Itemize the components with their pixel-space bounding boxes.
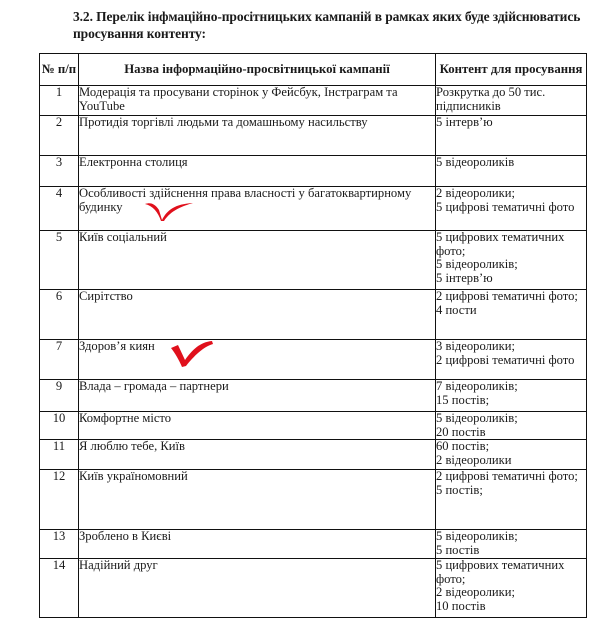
content-item: 20 постів: [436, 426, 586, 440]
table-row: 6Сирітство2 цифрові тематичні фото;4 пос…: [40, 290, 587, 340]
campaigns-table: № п/п Назва інформаційно-просвітницької …: [39, 53, 587, 618]
table-row: 3Електронна столиця5 відеороликів: [40, 156, 587, 187]
campaign-content: 2 цифрові тематичні фото;5 постів;: [436, 470, 587, 530]
row-number: 14: [40, 559, 79, 618]
campaign-name: Сирітство: [79, 290, 436, 340]
content-item: 4 пости: [436, 304, 586, 318]
content-item: 2 відеоролики: [436, 454, 586, 468]
content-item: 2 відеоролики;: [436, 187, 586, 201]
content-item: 5 цифрові тематичні фото: [436, 201, 586, 215]
campaign-content: 5 відеороликів;5 постів: [436, 530, 587, 559]
campaign-name: Модерація та просувани сторінок у Фейсбу…: [79, 86, 436, 116]
campaign-name: Влада – громада – партнери: [79, 380, 436, 412]
campaign-content: 7 відеороликів;15 постів;: [436, 380, 587, 412]
content-item: Розкрутка до 50 тис. підписників: [436, 86, 586, 113]
row-number: 9: [40, 380, 79, 412]
content-item: 5 відеороликів;: [436, 258, 586, 272]
content-item: 10 постів: [436, 600, 586, 614]
content-item: 7 відеороликів;: [436, 380, 586, 394]
table-row: 2Протидія торгівлі людьми та домашньому …: [40, 116, 587, 156]
campaign-name: Зроблено в Києві: [79, 530, 436, 559]
row-number: 3: [40, 156, 79, 187]
content-item: 5 відеороликів;: [436, 530, 586, 544]
campaign-name: Комфортне місто: [79, 412, 436, 440]
row-number: 11: [40, 440, 79, 470]
section-heading: 3.2. Перелік інфмаційно-просітницьких ка…: [73, 8, 603, 42]
table-row: 11Я люблю тебе, Київ60 постів;2 відеорол…: [40, 440, 587, 470]
campaign-content: 5 цифрових тематичних фото;2 відеоролики…: [436, 559, 587, 618]
content-item: 2 цифрові тематичні фото;: [436, 290, 586, 304]
campaign-name: Я люблю тебе, Київ: [79, 440, 436, 470]
content-item: 60 постів;: [436, 440, 586, 454]
row-number: 4: [40, 187, 79, 231]
table-row: 13Зроблено в Києві5 відеороликів;5 пості…: [40, 530, 587, 559]
table-row: 9Влада – громада – партнери7 відеороликі…: [40, 380, 587, 412]
row-number: 12: [40, 470, 79, 530]
campaign-name: Особливості здійснення права власності у…: [79, 187, 436, 231]
campaign-name: Київ соціальний: [79, 231, 436, 290]
campaign-name: Електронна столиця: [79, 156, 436, 187]
content-item: 5 відеороликів;: [436, 412, 586, 426]
campaign-content: 2 відеоролики;5 цифрові тематичні фото: [436, 187, 587, 231]
campaign-content: 3 відеоролики;2 цифрові тематичні фото: [436, 340, 587, 380]
content-item: 5 інтерв’ю: [436, 116, 586, 130]
content-item: 2 відеоролики;: [436, 586, 586, 600]
campaign-name: Здоров’я киян: [79, 340, 436, 380]
row-number: 7: [40, 340, 79, 380]
header-number: № п/п: [40, 54, 79, 86]
content-item: 2 цифрові тематичні фото: [436, 354, 586, 368]
campaign-content: 5 відеороликів;20 постів: [436, 412, 587, 440]
campaign-name: Київ україномовний: [79, 470, 436, 530]
table-row: 12Київ україномовний2 цифрові тематичні …: [40, 470, 587, 530]
row-number: 2: [40, 116, 79, 156]
campaign-content: Розкрутка до 50 тис. підписників: [436, 86, 587, 116]
content-item: 5 постів;: [436, 484, 586, 498]
campaign-content: 60 постів;2 відеоролики: [436, 440, 587, 470]
campaign-content: 2 цифрові тематичні фото;4 пости: [436, 290, 587, 340]
campaign-content: 5 цифрових тематичних фото;5 відеороликі…: [436, 231, 587, 290]
header-campaign-name: Назва інформаційно-просвітницької кампан…: [79, 54, 436, 86]
content-item: 5 постів: [436, 544, 586, 558]
table-row: 14Надійний друг5 цифрових тематичних фот…: [40, 559, 587, 618]
content-item: 5 цифрових тематичних фото;: [436, 231, 586, 258]
campaign-content: 5 відеороликів: [436, 156, 587, 187]
row-number: 5: [40, 231, 79, 290]
table-header-row: № п/п Назва інформаційно-просвітницької …: [40, 54, 587, 86]
table-row: 10Комфортне місто5 відеороликів;20 пості…: [40, 412, 587, 440]
content-item: 5 інтерв’ю: [436, 272, 586, 286]
row-number: 13: [40, 530, 79, 559]
campaign-name: Надійний друг: [79, 559, 436, 618]
table-row: 7Здоров’я киян3 відеоролики;2 цифрові те…: [40, 340, 587, 380]
content-item: 3 відеоролики;: [436, 340, 586, 354]
content-item: 5 цифрових тематичних фото;: [436, 559, 586, 586]
header-content: Контент для просування: [436, 54, 587, 86]
table-row: 5Київ соціальний5 цифрових тематичних фо…: [40, 231, 587, 290]
campaign-name: Протидія торгівлі людьми та домашньому н…: [79, 116, 436, 156]
content-item: 2 цифрові тематичні фото;: [436, 470, 586, 484]
content-item: 5 відеороликів: [436, 156, 586, 170]
campaign-content: 5 інтерв’ю: [436, 116, 587, 156]
row-number: 1: [40, 86, 79, 116]
content-item: 15 постів;: [436, 394, 586, 408]
row-number: 6: [40, 290, 79, 340]
row-number: 10: [40, 412, 79, 440]
table-row: 4Особливості здійснення права власності …: [40, 187, 587, 231]
table-row: 1Модерація та просувани сторінок у Фейсб…: [40, 86, 587, 116]
